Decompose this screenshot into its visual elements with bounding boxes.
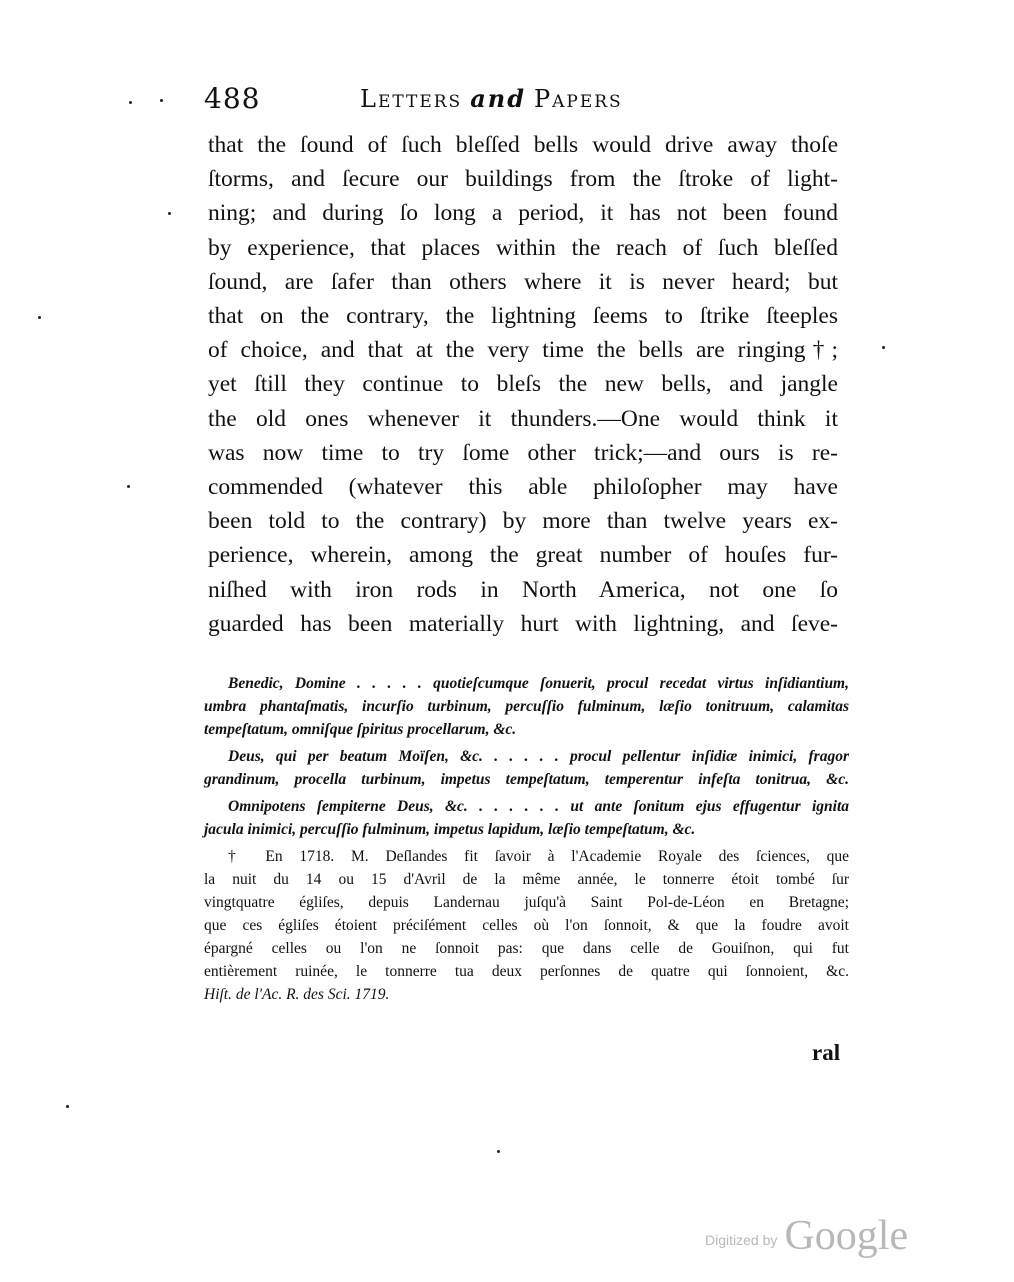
running-title: LettersandPapers [360,84,623,113]
text-line: commended (whatever this able philoſophe… [208,470,838,504]
scan-speck [882,346,885,349]
text-line: niſhed with iron rods in North America, … [208,573,838,607]
text-line: ning; and during ſo long a period, it ha… [208,196,838,230]
footnote-latin-benedic: Benedic, Domine . . . . . quotieſcumque … [204,672,849,741]
footnote-latin-deus: Deus, qui per beatum Moïſen, &c. . . . .… [204,745,849,791]
scan-speck [497,1150,500,1153]
running-title-part1: Letters [360,85,462,113]
text-line: perience, wherein, among the great numbe… [208,538,838,572]
footnote-french-dagger: † En 1718. M. Deſlandes fit ſavoir à l'A… [204,845,849,1006]
footnote-line: † En 1718. M. Deſlandes fit ſavoir à l'A… [204,845,849,868]
footnote-line: vingtquatre égliſes, depuis Landernau ju… [204,891,849,914]
footnote-latin-omnipotens: Omnipotens ſempiterne Deus, &c. . . . . … [204,795,849,841]
footnote-line: entièrement ruinée, le tonnerre tua deux… [204,960,849,983]
google-logo: Google [784,1213,908,1259]
running-header: 488 LettersandPapers [200,82,840,122]
footnote-line: Deus, qui per beatum Moïſen, &c. . . . .… [204,745,849,768]
page-number: 488 [204,82,260,115]
scanned-book-page: 488 LettersandPapers that the ſound of ſ… [0,0,1014,1282]
text-line: been told to the contrary) by more than … [208,504,838,538]
running-title-part2: Papers [534,85,623,113]
text-line: yet ſtill they continue to bleſs the new… [208,367,838,401]
footnote-line: tempeſtatum, omniſque ſpiritus procellar… [204,718,849,741]
text-line: guarded has been materially hurt with li… [208,607,838,641]
text-line: the old ones whenever it thunders.—One w… [208,402,838,436]
footnote-line: grandinum, procella turbinum, impetus te… [204,768,849,791]
text-line: ſound, are ſafer than others where it is… [208,265,838,299]
footnote-citation: Hiſt. de l'Ac. R. des Sci. 1719. [204,983,849,1006]
footnote-line: jacula inimici, percuſſio fulminum, impe… [204,818,849,841]
scan-speck [129,101,132,104]
text-line: that the ſound of ſuch bleſſed bells wou… [208,128,838,162]
text-line: of choice, and that at the very time the… [208,333,838,367]
footnote-line: que ces égliſes étoient préciſément cell… [204,914,849,937]
text-line: was now time to try ſome other trick;—an… [208,436,838,470]
scan-speck [160,99,163,102]
footnote-line: Omnipotens ſempiterne Deus, &c. . . . . … [204,795,849,818]
footnote-line: umbra phantaſmatis, incurſio turbinum, p… [204,695,849,718]
digitized-by-google-watermark: Digitized by Google [705,1212,908,1260]
text-line: by experience, that places within the re… [208,231,838,265]
scan-speck [168,212,171,215]
footnote-line: épargné celles ou l'on ne ſonnoit pas: q… [204,937,849,960]
text-line: ſtorms, and ſecure our buildings from th… [208,162,838,196]
scan-speck [127,485,130,488]
footnote-line: Benedic, Domine . . . . . quotieſcumque … [204,672,849,695]
main-text: that the ſound of ſuch bleſſed bells wou… [208,128,838,641]
footnote-line: la nuit du 14 ou 15 d'Avril de la même a… [204,868,849,891]
footnotes: Benedic, Domine . . . . . quotieſcumque … [204,672,849,1006]
catchword: ral [812,1040,840,1066]
text-line: that on the contrary, the lightning ſeem… [208,299,838,333]
running-title-connector: and [470,84,526,113]
watermark-prefix: Digitized by [705,1232,777,1248]
scan-speck [38,316,41,319]
scan-speck [66,1105,69,1108]
